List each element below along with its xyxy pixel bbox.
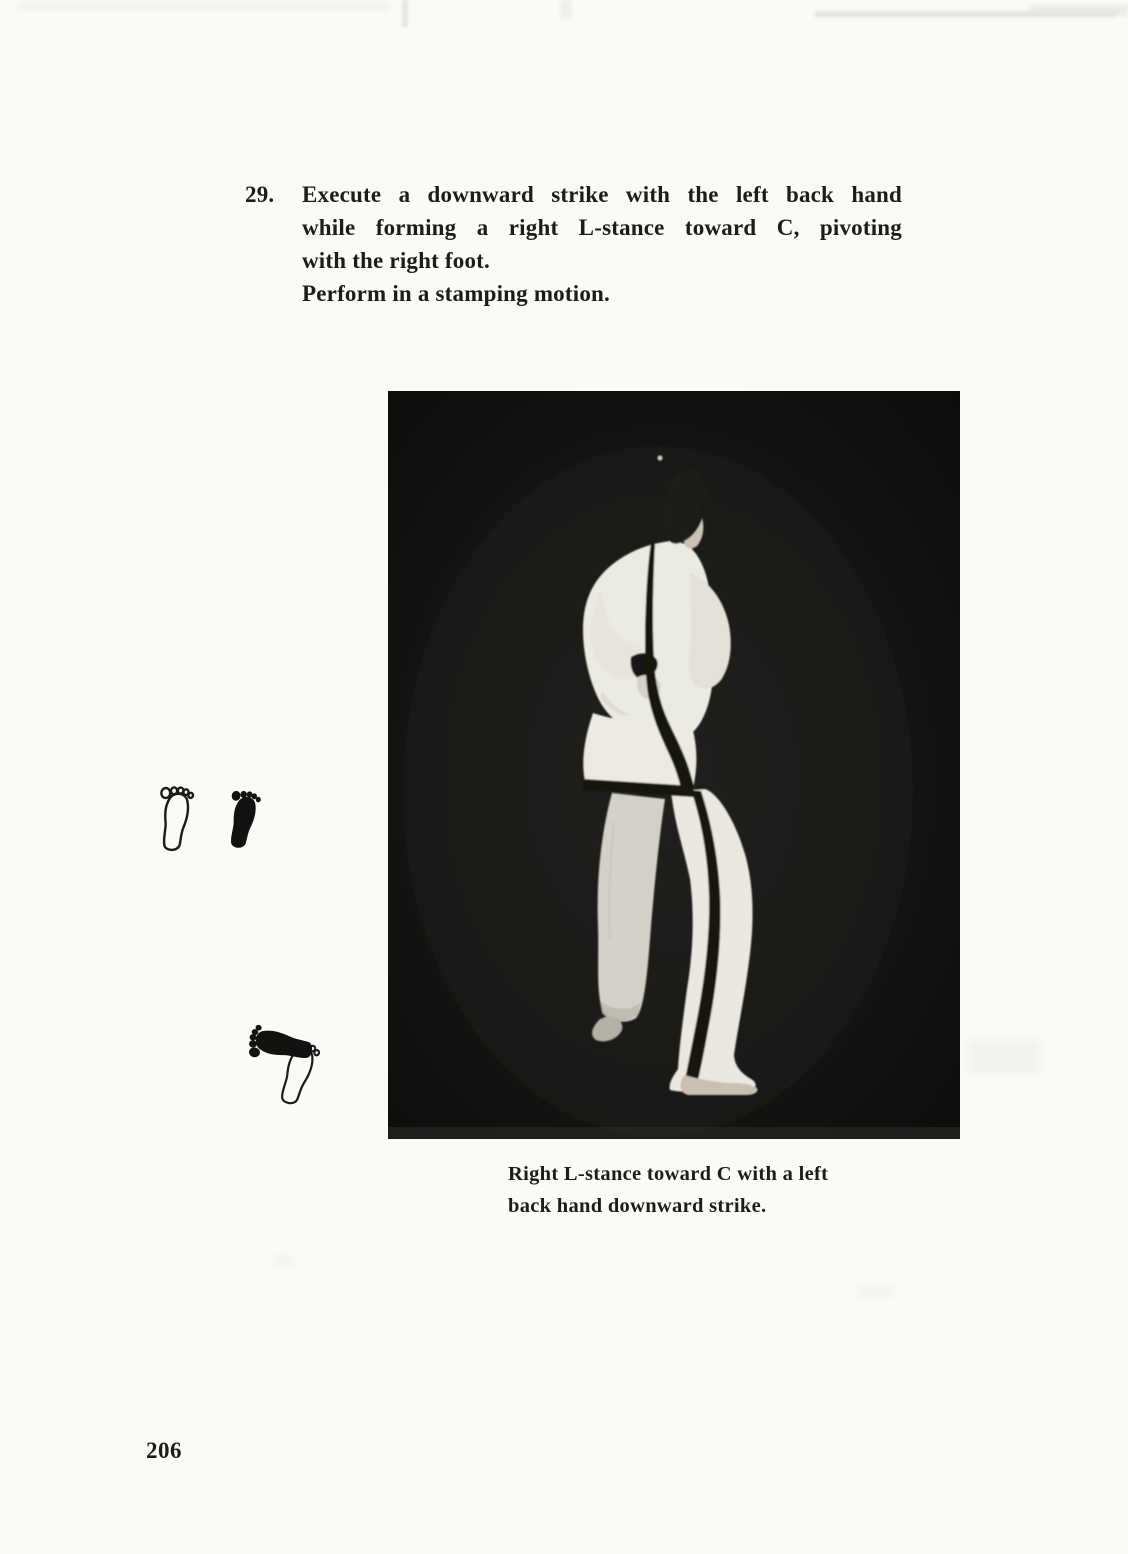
photo-caption: Right L-stance toward C with a left back… [508, 1158, 828, 1222]
footprint-filled-icon [247, 1024, 315, 1066]
instruction-text: Execute a downward strike with the left … [302, 178, 902, 310]
scan-artifact [402, 0, 408, 27]
instruction-line: while forming a right L-stance toward C,… [302, 211, 902, 244]
footprints-svg [142, 780, 268, 860]
instruction-line: Perform in a stamping motion. [302, 277, 902, 310]
instruction-block: 29. Execute a downward strike with the l… [245, 178, 902, 310]
photo-martial-artist [388, 391, 960, 1139]
pivot-footprints-svg [238, 1010, 338, 1110]
caption-line: back hand downward strike. [508, 1190, 828, 1222]
stance-footprint-diagram [142, 780, 268, 865]
pivot-footprint-diagram [238, 1010, 338, 1115]
book-page: { "page": { "number": "206" }, "instruct… [0, 0, 1128, 1554]
scan-artifact [273, 1256, 293, 1265]
scan-artifact [968, 1040, 1040, 1074]
scan-artifact [815, 11, 1115, 17]
instruction-line: with the right foot. [302, 244, 902, 277]
film-speck [657, 455, 662, 460]
photo-svg [388, 391, 960, 1139]
footprint-outline-icon [156, 786, 194, 852]
photo-floor-edge [388, 1127, 960, 1139]
scan-artifact [1030, 5, 1128, 16]
scan-artifact [858, 1286, 892, 1297]
footprint-filled-icon [223, 789, 261, 850]
instruction-line: Execute a downward strike with the left … [302, 178, 902, 211]
scan-artifact [560, 0, 572, 20]
caption-line: Right L-stance toward C with a left [508, 1158, 828, 1190]
instruction-number: 29. [245, 178, 302, 310]
scan-artifact [18, 2, 388, 10]
page-number: 206 [146, 1438, 182, 1464]
